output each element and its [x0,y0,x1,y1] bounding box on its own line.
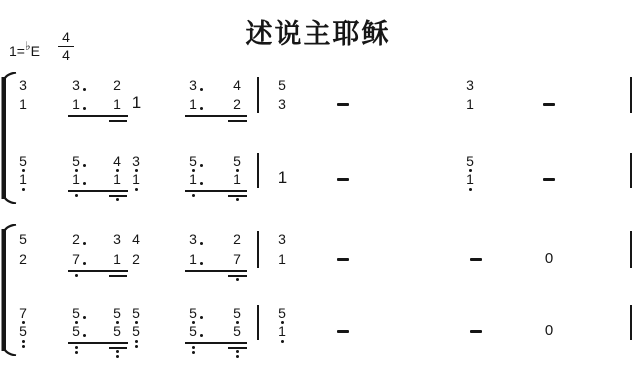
note-bottom-digit: 5 [188,324,198,338]
octave-dot [22,340,25,343]
octave-dot [236,169,239,172]
octave-dot [116,321,119,324]
octave-dot [135,340,138,343]
octave-dot [135,345,138,348]
dash-note [470,258,482,261]
duration-dot [83,316,86,319]
note-bottom-digit: 1 [71,172,81,186]
note-bottom-digit: 5 [112,324,122,338]
note-bottom-digit: 1 [18,172,28,186]
octave-dot [22,169,25,172]
octave-dot [22,188,25,191]
bar-line [257,153,259,188]
note-top-digit: 2 [112,78,122,92]
bar-line [257,231,259,268]
octave-dot [236,350,239,353]
solo-note: 1 [277,169,288,186]
octave-dot [135,321,138,324]
note-bottom-digit: 5 [232,324,242,338]
octave-dot [116,355,119,358]
note-bottom-digit: 1 [277,324,287,338]
beam-line [68,270,128,272]
duration-dot [83,242,86,245]
octave-dot [281,340,284,343]
note-top-digit: 5 [71,306,81,320]
note-bottom-digit: 2 [131,252,141,266]
note-top-digit: 5 [465,154,475,168]
note-top-digit: 5 [277,306,287,320]
octave-dot [192,194,195,197]
octave-dot [469,188,472,191]
octave-dot [75,321,78,324]
octave-dot [192,169,195,172]
duration-dot [83,164,86,167]
note-top-digit: 3 [131,154,141,168]
duration-dot [83,262,86,265]
beam-line [68,190,128,192]
note-top-digit: 5 [18,232,28,246]
beam-line-double [109,195,127,197]
duration-dot [200,334,203,337]
octave-dot [281,321,284,324]
note-bottom-digit: 1 [277,252,287,266]
note-top-digit: 3 [188,232,198,246]
duration-dot [200,242,203,245]
octave-dot [192,351,195,354]
note-top-digit: 2 [232,232,242,246]
note-top-digit: 5 [232,306,242,320]
note-bottom-digit: 7 [71,252,81,266]
note-bottom-digit: 1 [465,172,475,186]
system-bracket [0,72,18,209]
duration-dot [200,164,203,167]
note-bottom-digit: 1 [71,97,81,111]
octave-dot [75,274,78,277]
bar-line [630,77,632,113]
beam-line [68,342,128,344]
bar-line [257,305,259,340]
beam-line-double [228,347,247,349]
beam-line-double [228,195,247,197]
rest-note: 0 [544,323,554,338]
note-top-digit: 4 [232,78,242,92]
note-bottom-digit: 1 [18,97,28,111]
octave-dot [116,350,119,353]
note-bottom-digit: 1 [112,172,122,186]
octave-dot [22,321,25,324]
note-top-digit: 3 [188,78,198,92]
note-bottom-digit: 1 [112,97,122,111]
note-top-digit: 3 [277,232,287,246]
note-top-digit: 5 [188,306,198,320]
note-bottom-digit: 2 [18,252,28,266]
octave-dot [236,355,239,358]
octave-dot [75,351,78,354]
duration-dot [83,88,86,91]
note-bottom-digit: 7 [232,252,242,266]
octave-dot [135,188,138,191]
note-bottom-digit: 5 [18,324,28,338]
dash-note [543,103,555,106]
note-top-digit: 5 [131,306,141,320]
sheet-music-page: 述说主耶稣 1=♭E 4 4 3131211314253315151413151… [0,0,636,365]
duration-dot [200,88,203,91]
octave-dot [236,321,239,324]
bar-line [257,77,259,113]
note-bottom-digit: 1 [188,97,198,111]
octave-dot [236,278,239,281]
dash-note [337,103,349,106]
bar-line [630,305,632,340]
note-bottom-digit: 1 [232,172,242,186]
note-bottom-digit: 1 [188,252,198,266]
note-bottom-digit: 1 [112,252,122,266]
duration-dot [200,316,203,319]
system-bracket [0,224,18,361]
note-top-digit: 5 [277,78,287,92]
note-bottom-digit: 1 [465,97,475,111]
solo-note: 1 [131,94,142,111]
beam-line-double [228,275,247,277]
octave-dot [236,198,239,201]
note-top-digit: 5 [112,306,122,320]
note-top-digit: 5 [232,154,242,168]
bar-line [630,153,632,188]
octave-dot [75,346,78,349]
beam-line [185,115,247,117]
duration-dot [83,182,86,185]
note-bottom-digit: 1 [188,172,198,186]
duration-dot [200,182,203,185]
beam-line-double [109,347,127,349]
rest-note: 0 [544,251,554,266]
beam-line [68,115,128,117]
octave-dot [469,169,472,172]
note-top-digit: 4 [131,232,141,246]
beam-line [185,270,247,272]
duration-dot [200,107,203,110]
octave-dot [192,321,195,324]
note-top-digit: 3 [71,78,81,92]
octave-dot [75,194,78,197]
note-bottom-digit: 2 [232,97,242,111]
note-top-digit: 3 [465,78,475,92]
note-bottom-digit: 3 [277,97,287,111]
note-top-digit: 2 [71,232,81,246]
note-top-digit: 5 [18,154,28,168]
note-top-digit: 3 [18,78,28,92]
octave-dot [116,198,119,201]
octave-dot [116,169,119,172]
beam-line [185,342,247,344]
octave-dot [75,169,78,172]
dash-note [337,330,349,333]
bar-line [630,231,632,268]
beam-line-double [228,120,247,122]
beam-line-double [109,275,127,277]
note-bottom-digit: 5 [131,324,141,338]
duration-dot [83,107,86,110]
octave-dot [135,169,138,172]
dash-note [543,178,555,181]
note-bottom-digit: 5 [71,324,81,338]
beam-line [185,190,247,192]
note-top-digit: 3 [112,232,122,246]
note-bottom-digit: 1 [131,172,141,186]
beam-line-double [109,120,127,122]
octave-dot [22,345,25,348]
duration-dot [200,262,203,265]
octave-dot [192,346,195,349]
dash-note [337,258,349,261]
dash-note [337,178,349,181]
note-top-digit: 7 [18,306,28,320]
notation-area: 3131211314253315151413151511515227314231… [0,0,636,365]
note-top-digit: 4 [112,154,122,168]
duration-dot [83,334,86,337]
note-top-digit: 5 [71,154,81,168]
note-top-digit: 5 [188,154,198,168]
dash-note [470,330,482,333]
